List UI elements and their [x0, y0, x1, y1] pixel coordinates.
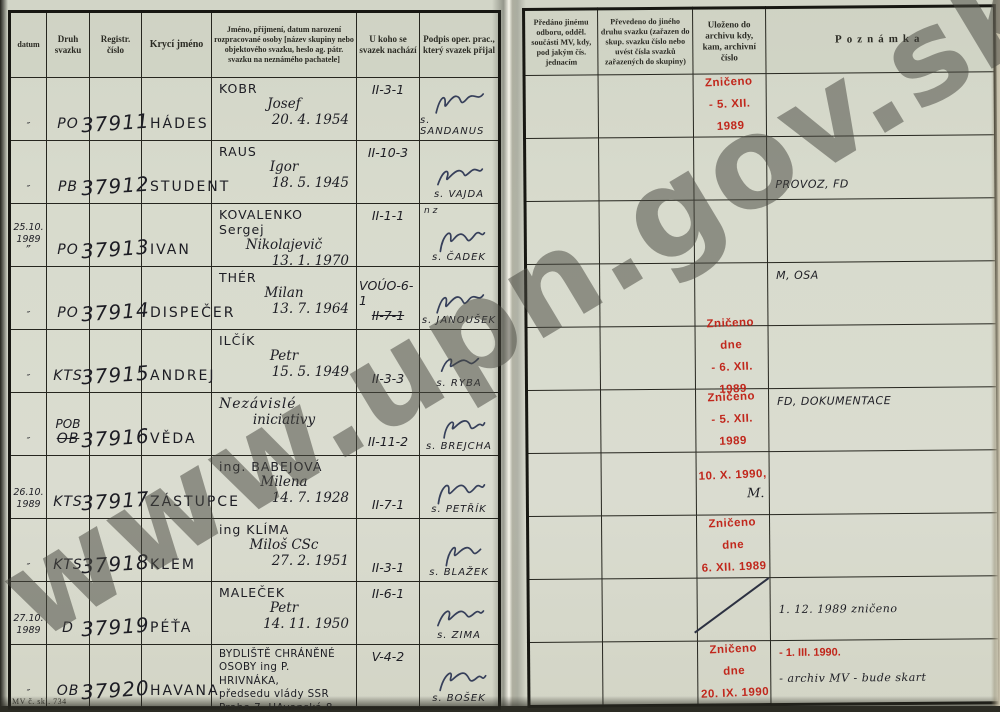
predano-cell: [527, 453, 601, 517]
table-row: 1. 12. 1989 zničeno: [528, 576, 999, 643]
predano-cell: [527, 516, 601, 580]
header-kryci: Krycí jméno: [142, 12, 212, 78]
table-row: ″ KTS 37918 KLEM ing KLÍMAMiloš CSc27. 2…: [10, 519, 500, 582]
podpis-cell: s. BLAŽEK: [420, 519, 500, 582]
ulozeno-cell: Zničeno dne- 6. XII. 1989: [695, 326, 768, 390]
podpis-cell: s. VAJDA: [420, 141, 500, 204]
table-row: ″ POBOB 37916 VĚDA Nezávisléiniciativy I…: [10, 393, 500, 456]
ukoho-crossed-out: II-7-1: [372, 308, 404, 323]
kryci-value: HÁDES: [150, 116, 209, 132]
jmeno-line: THÉR: [219, 270, 257, 285]
registr-value: 37916: [80, 424, 150, 453]
header-podpis-label: Podpis oper. prac., který svazek přijal: [420, 33, 498, 58]
date-stamp-inline: - 1. III. 1990.: [779, 647, 841, 659]
stamp-line: Zničeno dne: [694, 312, 768, 359]
stamp-line: Zničeno dne: [697, 638, 771, 685]
datum-value: ″: [27, 373, 31, 384]
table-row: 25.10.1989″ PO 37913 IVAN KOVALENKO Serg…: [10, 204, 500, 267]
kryci-cell: DISPEČER: [142, 267, 212, 330]
ukoho-cell: II-3-1: [357, 519, 420, 582]
jmeno-line: Igor: [270, 159, 299, 175]
poznamka-cell: [768, 324, 997, 389]
prevedeno-cell: [598, 74, 693, 138]
podpis-cell: s. ZIMA: [420, 582, 500, 645]
stamp-line: - 5. XII. 1989: [693, 93, 767, 140]
jmeno-line: OSOBY ing P. HRIVNÁKA,: [219, 661, 349, 688]
poznamka-cell: [769, 513, 998, 578]
znicено-stamp: Zničeno- 5. XII. 1989: [695, 386, 770, 455]
datum-cell: ″: [10, 330, 47, 393]
druh-value: D: [62, 620, 74, 636]
predano-cell: [526, 327, 600, 391]
jmeno-line: Josef: [267, 96, 300, 112]
podpis-value: s. PETŘÍK: [431, 504, 486, 515]
header-prevedeno-label: Převedeno do jiného druhu svazku (zařaze…: [598, 16, 692, 69]
table-row: [525, 198, 996, 265]
datum-value: ″: [27, 184, 31, 195]
poznamka-value: PROVOZ, FD: [775, 177, 849, 191]
kryci-value: DISPEČER: [150, 305, 235, 321]
jmeno-line: ing KLÍMA: [219, 522, 290, 537]
podpis-value: s. VAJDA: [434, 189, 484, 200]
datum-value: ″: [27, 436, 31, 447]
druh-crossed-out: OB: [57, 431, 80, 447]
ukoho-value: V-4-2: [372, 649, 404, 664]
podpis-value: s. ZIMA: [437, 630, 481, 641]
header-registr: Registr. číslo: [90, 12, 142, 78]
poznamka-value: M, OSA: [776, 269, 819, 282]
kryci-cell: ZÁSTUPCE: [142, 456, 212, 519]
ukoho-cell: II-11-2: [357, 393, 420, 456]
jmeno-cell: KOBRJosef20. 4. 1954: [212, 78, 357, 141]
page-shadow-bottom: [0, 696, 1000, 712]
header-predano-label: Předáno jinému odboru, odděl. součásti M…: [525, 16, 597, 69]
registr-value: 37912: [80, 172, 150, 201]
datum-value: 26.10.: [13, 487, 43, 498]
jmeno-line: iniciativy: [253, 412, 315, 428]
date-stamp: 10. X. 1990,: [698, 463, 767, 488]
datum-value: 1989: [16, 499, 40, 510]
poznamka-cell: [766, 72, 995, 137]
stamp-line: - 5. XII. 1989: [696, 408, 770, 455]
handwritten-initial: M.: [747, 487, 765, 502]
jmeno-line: KOBR: [219, 81, 258, 96]
datum-cell: 26.10.1989: [10, 456, 47, 519]
registr-cell: 37919: [90, 582, 142, 645]
jmeno-line: Miloš CSc: [250, 537, 319, 553]
page-edge-right: [991, 0, 1000, 706]
jmeno-cell: Nezávisléiniciativy: [212, 393, 357, 456]
datum-cell: ″: [10, 519, 47, 582]
kryci-cell: IVAN: [142, 204, 212, 267]
podpis-cell: s. BREJCHA: [420, 393, 500, 456]
ulozeno-cell: Zničeno- 5. XII. 1989: [695, 389, 768, 453]
ukoho-value: II-6-1: [372, 586, 404, 601]
druh-value: PO: [57, 242, 78, 258]
predano-cell: [528, 579, 602, 643]
registr-value: 37914: [80, 298, 150, 327]
jmeno-line: RAUS: [219, 144, 257, 159]
podpis-cell: s. PETŘÍK: [420, 456, 500, 519]
left-page-table: datum Druh svazku Registr. číslo Krycí j…: [8, 10, 501, 710]
header-ukoho-label: U koho se svazek nachází: [357, 33, 419, 58]
jmeno-cell: ILČÍKPetr15. 5. 1949: [212, 330, 357, 393]
registr-value: 37911: [80, 109, 150, 138]
poznamka-cell: [767, 198, 996, 263]
prevedeno-cell: [601, 452, 696, 516]
poznamka-cell: 1. 12. 1989 zničeno: [770, 576, 999, 641]
jmeno-line: 13. 1. 1970: [272, 253, 349, 269]
jmeno-line: Petr: [270, 600, 298, 616]
poznamka-value: 1. 12. 1989 zničeno: [779, 602, 898, 616]
signature-scribble: [430, 413, 489, 444]
table-row: 27.10.1989 D 37919 PÉŤA MALEČEKPetr14. 1…: [10, 582, 500, 645]
druh-correction: POB: [56, 417, 81, 431]
registr-value: 37915: [80, 361, 150, 390]
kryci-value: ANDREJ: [150, 368, 216, 384]
ukoho-cell: II-10-3: [357, 141, 420, 204]
datum-cell: 27.10.1989: [10, 582, 47, 645]
table-row: Zničeno- 5. XII. 1989: [524, 72, 995, 139]
jmeno-line: Petr: [270, 348, 298, 364]
podpis-value: s. ČADEK: [432, 252, 486, 263]
table-row: ″ PO 37914 DISPEČER THÉRMilan13. 7. 1964…: [10, 267, 500, 330]
ulozeno-cell: [694, 200, 767, 264]
datum-cell: ″: [10, 141, 47, 204]
table-row: 26.10.1989 KTS 37917 ZÁSTUPCE ing. BABEJ…: [10, 456, 500, 519]
header-predano: Předáno jinému odboru, odděl. součásti M…: [524, 9, 599, 76]
predano-cell: [527, 390, 601, 454]
jmeno-line: Milena: [260, 474, 307, 490]
ukoho-cell: II-3-1: [357, 78, 420, 141]
znicено-stamp: Zničeno dne6. XII. 1989: [696, 512, 771, 581]
predano-cell: [525, 138, 599, 202]
podpis-value: s. SANDANUS: [420, 115, 498, 137]
header-ulozeno-label: Uloženo do archivu kdy, kam, archivní čí…: [693, 18, 765, 66]
jmeno-line: KOVALENKO Sergej: [219, 207, 349, 237]
signature-scribble: [430, 539, 489, 570]
header-datum-label: datum: [11, 39, 46, 51]
registr-value: 37913: [80, 235, 150, 264]
prevedeno-cell: [599, 200, 694, 264]
page-shadow-left: [0, 0, 8, 706]
jmeno-line: 13. 7. 1964: [272, 301, 349, 317]
book-gutter: [492, 0, 526, 706]
header-datum: datum: [10, 12, 47, 78]
podpis-cell: n zs. ČADEK: [420, 204, 500, 267]
header-podpis: Podpis oper. prac., který svazek přijal: [420, 12, 500, 78]
ukoho-cell: VOÚO-6-1II-7-1: [357, 267, 420, 330]
druh-value: KTS: [53, 557, 83, 573]
jmeno-cell: MALEČEKPetr14. 11. 1950: [212, 582, 357, 645]
registr-cell: 37912: [90, 141, 142, 204]
datum-cell: ″: [10, 393, 47, 456]
predano-cell: [524, 75, 598, 139]
stamp-line: Zničeno dne: [696, 512, 770, 559]
kryci-cell: HÁDES: [142, 78, 212, 141]
ukoho-value: II-3-1: [372, 560, 404, 575]
table-row: PROVOZ, FD: [525, 135, 996, 202]
kryci-cell: VĚDA: [142, 393, 212, 456]
druh-value: PB: [58, 179, 78, 195]
signature-scribble: [430, 350, 489, 381]
jmeno-line: 20. 4. 1954: [272, 112, 349, 128]
table-row: 10. X. 1990,M.: [527, 450, 998, 517]
prevedeno-cell: [601, 515, 696, 579]
registr-cell: 37913: [90, 204, 142, 267]
kryci-value: ZÁSTUPCE: [150, 494, 240, 510]
signature-scribble: [430, 476, 489, 507]
table-row: Zničeno dne6. XII. 1989: [527, 513, 998, 580]
datum-cell: ″: [10, 267, 47, 330]
header-poznamka: Poznámka: [766, 6, 996, 74]
kryci-value: VĚDA: [150, 431, 197, 447]
prevedeno-cell: [600, 326, 695, 390]
jmeno-line: ILČÍK: [219, 333, 255, 348]
ukoho-cell: II-3-3: [357, 330, 420, 393]
ukoho-cell: II-1-1: [357, 204, 420, 267]
jmeno-line: MALEČEK: [219, 585, 285, 600]
jmeno-cell: KOVALENKO SergejNikolajevič13. 1. 1970: [212, 204, 357, 267]
signature-scribble: [430, 224, 489, 255]
ulozeno-cell: [694, 137, 767, 201]
registr-value: 37919: [80, 613, 150, 642]
poznamka-cell: - 1. III. 1990.- archiv MV - bude skart: [770, 639, 999, 705]
kryci-cell: STUDENT: [142, 141, 212, 204]
predano-cell: [526, 264, 600, 328]
stamp-line: 10. X. 1990,: [698, 463, 767, 488]
kryci-cell: KLEM: [142, 519, 212, 582]
podpis-value: s. RYBA: [436, 378, 481, 389]
table-row: ″ KTS 37915 ANDREJ ILČÍKPetr15. 5. 1949 …: [10, 330, 500, 393]
jmeno-line: 14. 11. 1950: [263, 616, 349, 632]
ukoho-value: VOÚO-6-1: [359, 278, 417, 308]
kryci-cell: PÉŤA: [142, 582, 212, 645]
signature-scribble: [430, 287, 489, 318]
datum-value: ″: [27, 121, 31, 132]
ukoho-cell: II-7-1: [357, 456, 420, 519]
registr-cell: 37917: [90, 456, 142, 519]
header-jmeno-label: Jméno, příjmení, datum narození rozpraco…: [212, 24, 356, 66]
header-registr-label: Registr. číslo: [90, 33, 141, 58]
pen-stroke: [694, 577, 769, 633]
table-row: ″ PB 37912 STUDENT RAUSIgor18. 5. 1945 I…: [10, 141, 500, 204]
table-row: ″ PO 37911 HÁDES KOBRJosef20. 4. 1954 II…: [10, 78, 500, 141]
jmeno-cell: RAUSIgor18. 5. 1945: [212, 141, 357, 204]
poznamka-value: FD, DOKUMENTACE: [777, 394, 891, 408]
jmeno-line: Nikolajevič: [246, 237, 323, 253]
ulozeno-cell: [697, 578, 770, 642]
datum-ditto: ″: [26, 245, 31, 258]
poznamka-value: - archiv MV - bude skart: [779, 670, 926, 684]
header-ukoho: U koho se svazek nachází: [357, 12, 420, 78]
prevedeno-cell: [600, 263, 695, 327]
druh-value: KTS: [53, 368, 83, 384]
registr-cell: 37911: [90, 78, 142, 141]
table-row: Zničeno- 5. XII. 1989 FD, DOKUMENTACE: [527, 387, 998, 454]
kryci-value: STUDENT: [150, 179, 230, 195]
prevedeno-cell: [602, 578, 697, 642]
header-kryci-label: Krycí jméno: [142, 38, 211, 53]
datum-cell: ″: [10, 78, 47, 141]
registr-cell: 37914: [90, 267, 142, 330]
ukoho-value: II-10-3: [368, 145, 408, 160]
jmeno-line: 27. 2. 1951: [272, 553, 349, 569]
registr-value: 37918: [80, 550, 150, 579]
kryci-value: KLEM: [150, 557, 196, 573]
table-row: Zničeno dne- 6. XII. 1989: [526, 324, 997, 391]
jmeno-line: 15. 5. 1949: [272, 364, 349, 380]
poznamka-cell: M, OSA: [768, 261, 997, 326]
registr-cell: 37918: [90, 519, 142, 582]
signature-scribble: [430, 161, 489, 192]
kryci-value: IVAN: [150, 242, 191, 258]
druh-value: PO: [57, 116, 78, 132]
datum-value: 25.10.: [13, 222, 43, 233]
signature-scribble: [430, 602, 489, 633]
ukoho-value: II-3-3: [372, 371, 404, 386]
datum-value: 27.10.: [13, 613, 43, 624]
jmeno-line: Milan: [264, 285, 303, 301]
prevedeno-cell: [599, 137, 694, 201]
header-prevedeno: Převedeno do jiného druhu svazku (zařaze…: [598, 8, 694, 75]
signature-scribble: [430, 665, 489, 696]
jmeno-line: ing. BABEJOVÁ: [219, 459, 323, 474]
registr-value: 37917: [80, 487, 150, 516]
jmeno-line: 14. 7. 1928: [272, 490, 349, 506]
ukoho-value: II-11-2: [368, 434, 408, 449]
left-header-row: datum Druh svazku Registr. číslo Krycí j…: [10, 12, 500, 78]
ukoho-value: II-1-1: [372, 208, 404, 223]
jmeno-line: Nezávislé: [219, 396, 297, 412]
poznamka-cell: PROVOZ, FD: [767, 135, 996, 200]
right-header-row: Předáno jinému odboru, odděl. součásti M…: [524, 6, 996, 76]
ukoho-value: II-7-1: [372, 497, 404, 512]
znicено-stamp: Zničeno- 5. XII. 1989: [692, 71, 767, 140]
druh-value: KTS: [53, 494, 83, 510]
poznamka-cell: [769, 450, 998, 515]
registr-cell: 37915: [90, 330, 142, 393]
header-jmeno: Jméno, příjmení, datum narození rozpraco…: [212, 12, 357, 78]
prevedeno-cell: [601, 389, 696, 453]
ulozeno-cell: Zničeno dne6. XII. 1989: [696, 515, 769, 579]
poznamka-cell: FD, DOKUMENTACE: [768, 387, 997, 452]
header-druh-label: Druh svazku: [47, 33, 89, 58]
podpis-cell: s. JANOUŠEK: [420, 267, 500, 330]
header-druh: Druh svazku: [47, 12, 90, 78]
ulozeno-cell: Zničeno- 5. XII. 1989: [693, 74, 766, 138]
datum-value: ″: [27, 310, 31, 321]
registr-cell: 37916: [90, 393, 142, 456]
kryci-value: PÉŤA: [150, 620, 192, 636]
podpis-note: n z: [424, 206, 437, 216]
podpis-cell: s. SANDANUS: [420, 78, 500, 141]
kryci-cell: ANDREJ: [142, 330, 212, 393]
jmeno-line: 18. 5. 1945: [272, 175, 349, 191]
jmeno-line: BYDLIŠTĚ CHRÁNĚNÉ: [219, 648, 335, 661]
header-ulozeno: Uloženo do archivu kdy, kam, archivní čí…: [693, 8, 767, 75]
ulozeno-cell: 10. X. 1990,M.: [696, 452, 769, 516]
predano-cell: [525, 201, 599, 265]
podpis-cell: s. RYBA: [420, 330, 500, 393]
signature-scribble: [430, 87, 489, 118]
ukoho-value: II-3-1: [372, 82, 404, 97]
header-poznamka-label: Poznámka: [766, 31, 993, 49]
druh-value: PO: [57, 305, 78, 321]
jmeno-cell: ing KLÍMAMiloš CSc27. 2. 1951: [212, 519, 357, 582]
datum-value: 1989: [16, 625, 40, 636]
datum-value: ″: [27, 562, 31, 573]
right-page-table: Předáno jinému odboru, odděl. součásti M…: [522, 4, 1000, 708]
ukoho-cell: II-6-1: [357, 582, 420, 645]
datum-cell: 25.10.1989″: [10, 204, 47, 267]
